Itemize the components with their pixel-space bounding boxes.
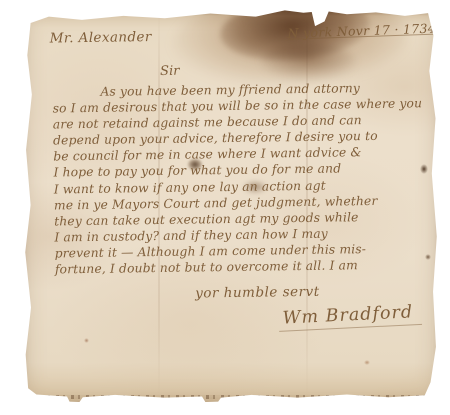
closing: yor humble servt <box>195 284 320 302</box>
addressee: Mr. Alexander <box>50 29 152 46</box>
signature: Wm Bradford <box>278 302 422 332</box>
dateline: N york Novr 17 · 1734 <box>287 21 436 41</box>
letter-text: Mr. Alexander N york Novr 17 · 1734 Sir … <box>21 5 440 405</box>
manuscript-photo: Mr. Alexander N york Novr 17 · 1734 Sir … <box>0 0 450 415</box>
letter-body: As you have been my ffriend and attorny … <box>52 79 424 277</box>
letter-paper: Mr. Alexander N york Novr 17 · 1734 Sir … <box>24 8 438 402</box>
salutation: Sir <box>160 64 179 79</box>
